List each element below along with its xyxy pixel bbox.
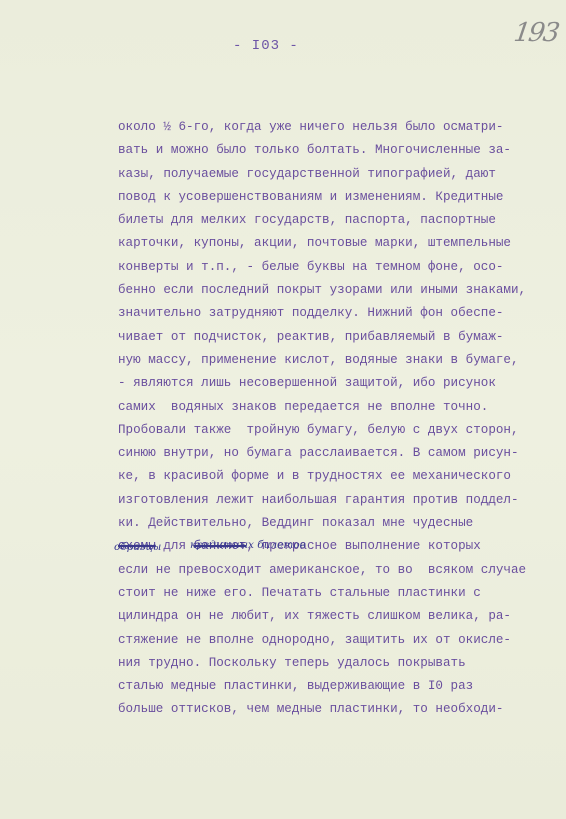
text-line: вать и можно было только болтать. Многоч… [118,139,558,162]
text-line: изготовления лежит наибольшая гарантия п… [118,489,558,512]
text-line: конверты и т.п., - белые буквы на темном… [118,256,558,279]
text-line: около ½ 6-го, когда уже ничего нельзя бы… [118,116,558,139]
text-line: самих водяных знаков передается не вполн… [118,396,558,419]
archive-folio-number: 193 [512,18,560,48]
text-line: стоит не ниже его. Печатать стальные пла… [118,582,558,605]
document-page: 193 - I03 - около ½ 6-го, когда уже ниче… [0,0,566,819]
text-line: ки. Действительно, Веддинг показал мне ч… [118,512,558,535]
text-line: бенно если последний покрыт узорами или … [118,279,558,302]
text-line: карточки, купоны, акции, почтовые марки,… [118,232,558,255]
text-line: билеты для мелких государств, паспорта, … [118,209,558,232]
text-line: если не превосходит американское, то во … [118,559,558,582]
handwritten-insertion: образцы [114,541,161,553]
corrected-text-line: схемы для банкнот, прекрасное выполнение… [118,535,558,558]
text-line: Пробовали также тройную бумагу, белую с … [118,419,558,442]
text-line: ния трудно. Поскольку теперь удалось пок… [118,652,558,675]
text-line: ную массу, применение кислот, водяные зн… [118,349,558,372]
text-line: больше оттисков, чем медные пластинки, т… [118,698,558,721]
text-fragment: для [156,539,194,553]
text-line: чивает от подчисток, реактив, прибавляем… [118,326,558,349]
text-line: казы, получаемые государственной типогра… [118,163,558,186]
text-line: сталью медные пластинки, выдерживающие в… [118,675,558,698]
handwritten-insertion: кредитных билетов [190,539,306,551]
text-line: стяжение не вполне однородно, защитить и… [118,629,558,652]
text-line: ке, в красивой форме и в трудностях ее м… [118,465,558,488]
typed-body-text: около ½ 6-го, когда уже ничего нельзя бы… [118,116,558,722]
text-line: повод к усовершенствованиям и изменениям… [118,186,558,209]
text-line: - являются лишь несовершенной защитой, и… [118,372,558,395]
text-line: цилиндра он не любит, их тяжесть слишком… [118,605,558,628]
text-line: синюю внутри, но бумага расслаивается. В… [118,442,558,465]
text-line: значительно затрудняют подделку. Нижний … [118,302,558,325]
page-number: - I03 - [233,38,299,54]
